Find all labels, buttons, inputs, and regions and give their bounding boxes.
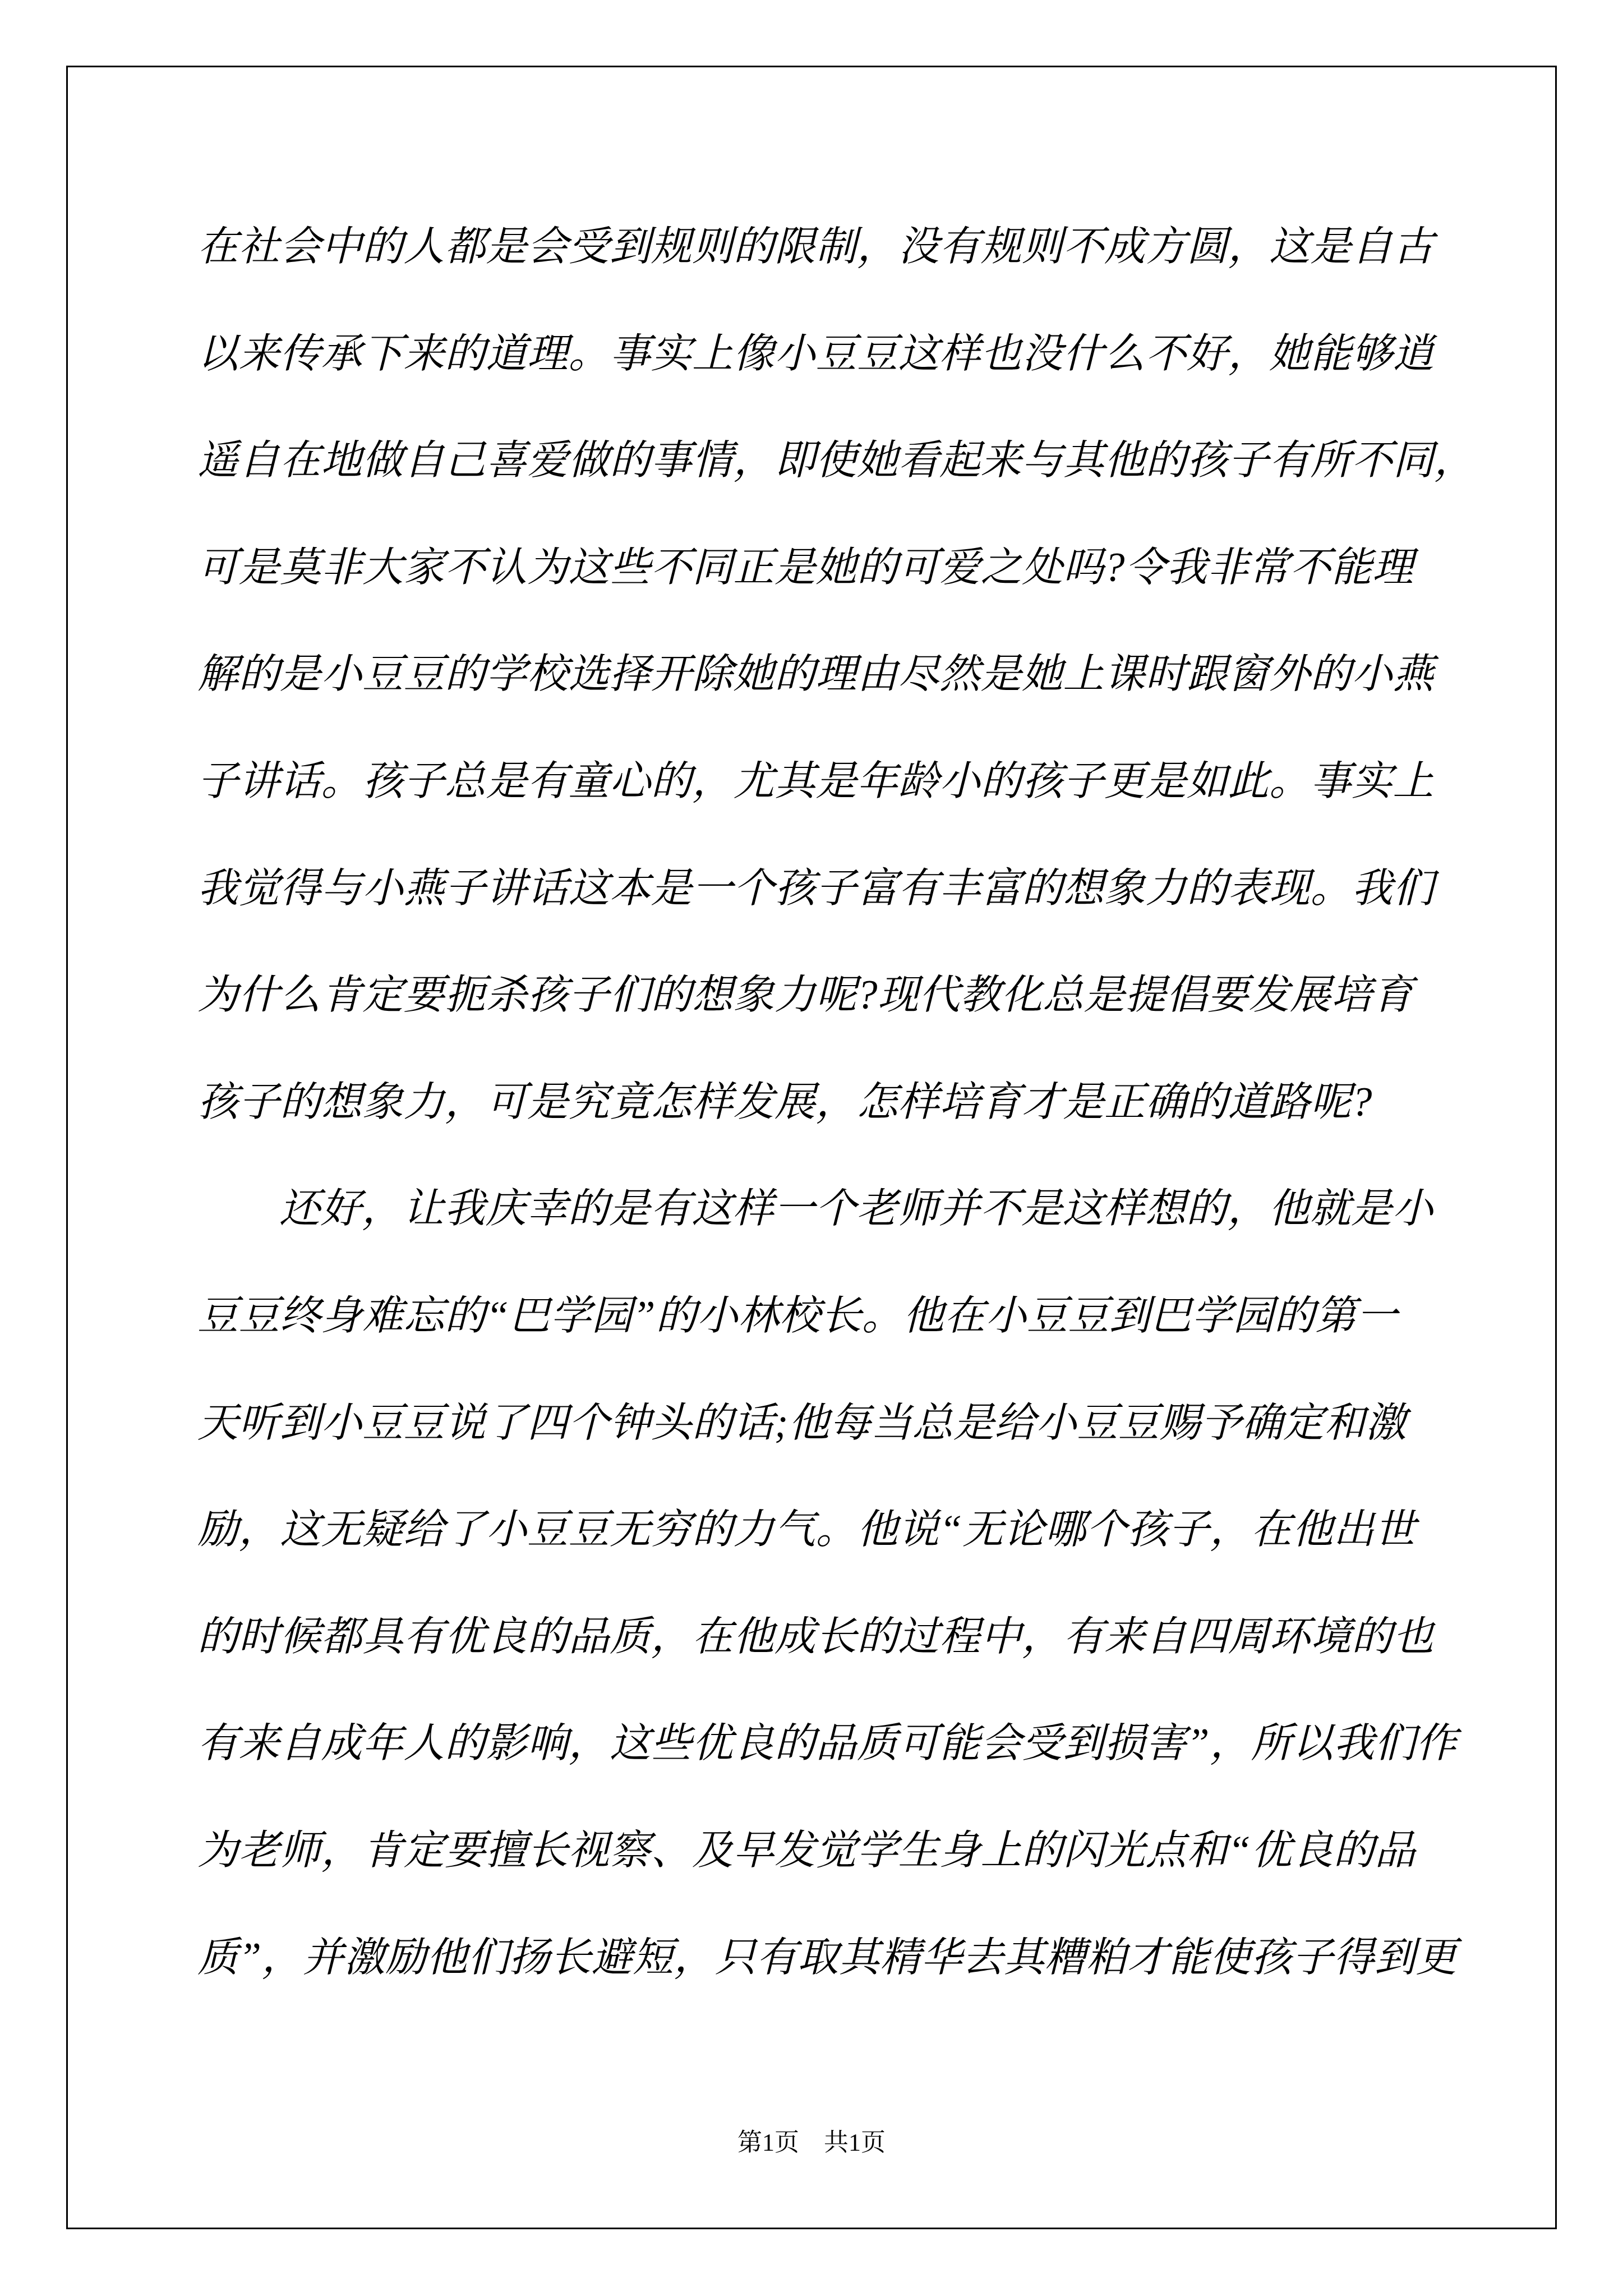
text-line: 天听到小豆豆说了四个钟头的话;他每当总是给小豆豆赐予确定和激 <box>197 1370 1437 1477</box>
text-line: 有来自成年人的影响，这些优良的品质可能会受到损害”，所以我们作 <box>197 1690 1437 1797</box>
page-number-text: 第1页 共1页 <box>737 2129 886 2156</box>
text-line: 的时候都具有优良的品质，在他成长的过程中，有来自四周环境的也 <box>197 1584 1437 1691</box>
text-line: 豆豆终身难忘的“巴学园”的小林校长。他在小豆豆到巴学园的第一 <box>197 1263 1437 1370</box>
text-line: 还好，让我庆幸的是有这样一个老师并不是这样想的，他就是小 <box>197 1156 1437 1263</box>
text-line: 以来传承下来的道理。事实上像小豆豆这样也没什么不好，她能够逍 <box>197 301 1437 408</box>
text-line: 在社会中的人都是会受到规则的限制，没有规则不成方圆，这是自古 <box>197 194 1437 301</box>
document-body-text: 在社会中的人都是会受到规则的限制，没有规则不成方圆，这是自古以来传承下来的道理。… <box>197 194 1437 2011</box>
text-line: 子讲话。孩子总是有童心的，尤其是年龄小的孩子更是如此。事实上 <box>197 728 1437 835</box>
text-line: 解的是小豆豆的学校选择开除她的理由尽然是她上课时跟窗外的小燕 <box>197 621 1437 728</box>
text-line: 孩子的想象力，可是究竟怎样发展，怎样培育才是正确的道路呢? <box>197 1049 1437 1156</box>
document-page: 在社会中的人都是会受到规则的限制，没有规则不成方圆，这是自古以来传承下来的道理。… <box>0 0 1623 2296</box>
text-line: 励，这无疑给了小豆豆无穷的力气。他说“无论哪个孩子，在他出世 <box>197 1476 1437 1584</box>
page-footer: 第1页 共1页 <box>66 2124 1557 2162</box>
text-line: 遥自在地做自己喜爱做的事情，即使她看起来与其他的孩子有所不同， <box>197 407 1437 514</box>
text-line: 为什么肯定要扼杀孩子们的想象力呢?现代教化总是提倡要发展培育 <box>197 942 1437 1049</box>
text-line: 可是莫非大家不认为这些不同正是她的可爱之处吗?令我非常不能理 <box>197 514 1437 622</box>
text-line: 质”，并激励他们扬长避短，只有取其精华去其糟粕才能使孩子得到更 <box>197 1904 1437 2012</box>
text-line: 为老师，肯定要擅长视察、及早发觉学生身上的闪光点和“优良的品 <box>197 1797 1437 1904</box>
text-line: 我觉得与小燕子讲话这本是一个孩子富有丰富的想象力的表现。我们 <box>197 835 1437 942</box>
